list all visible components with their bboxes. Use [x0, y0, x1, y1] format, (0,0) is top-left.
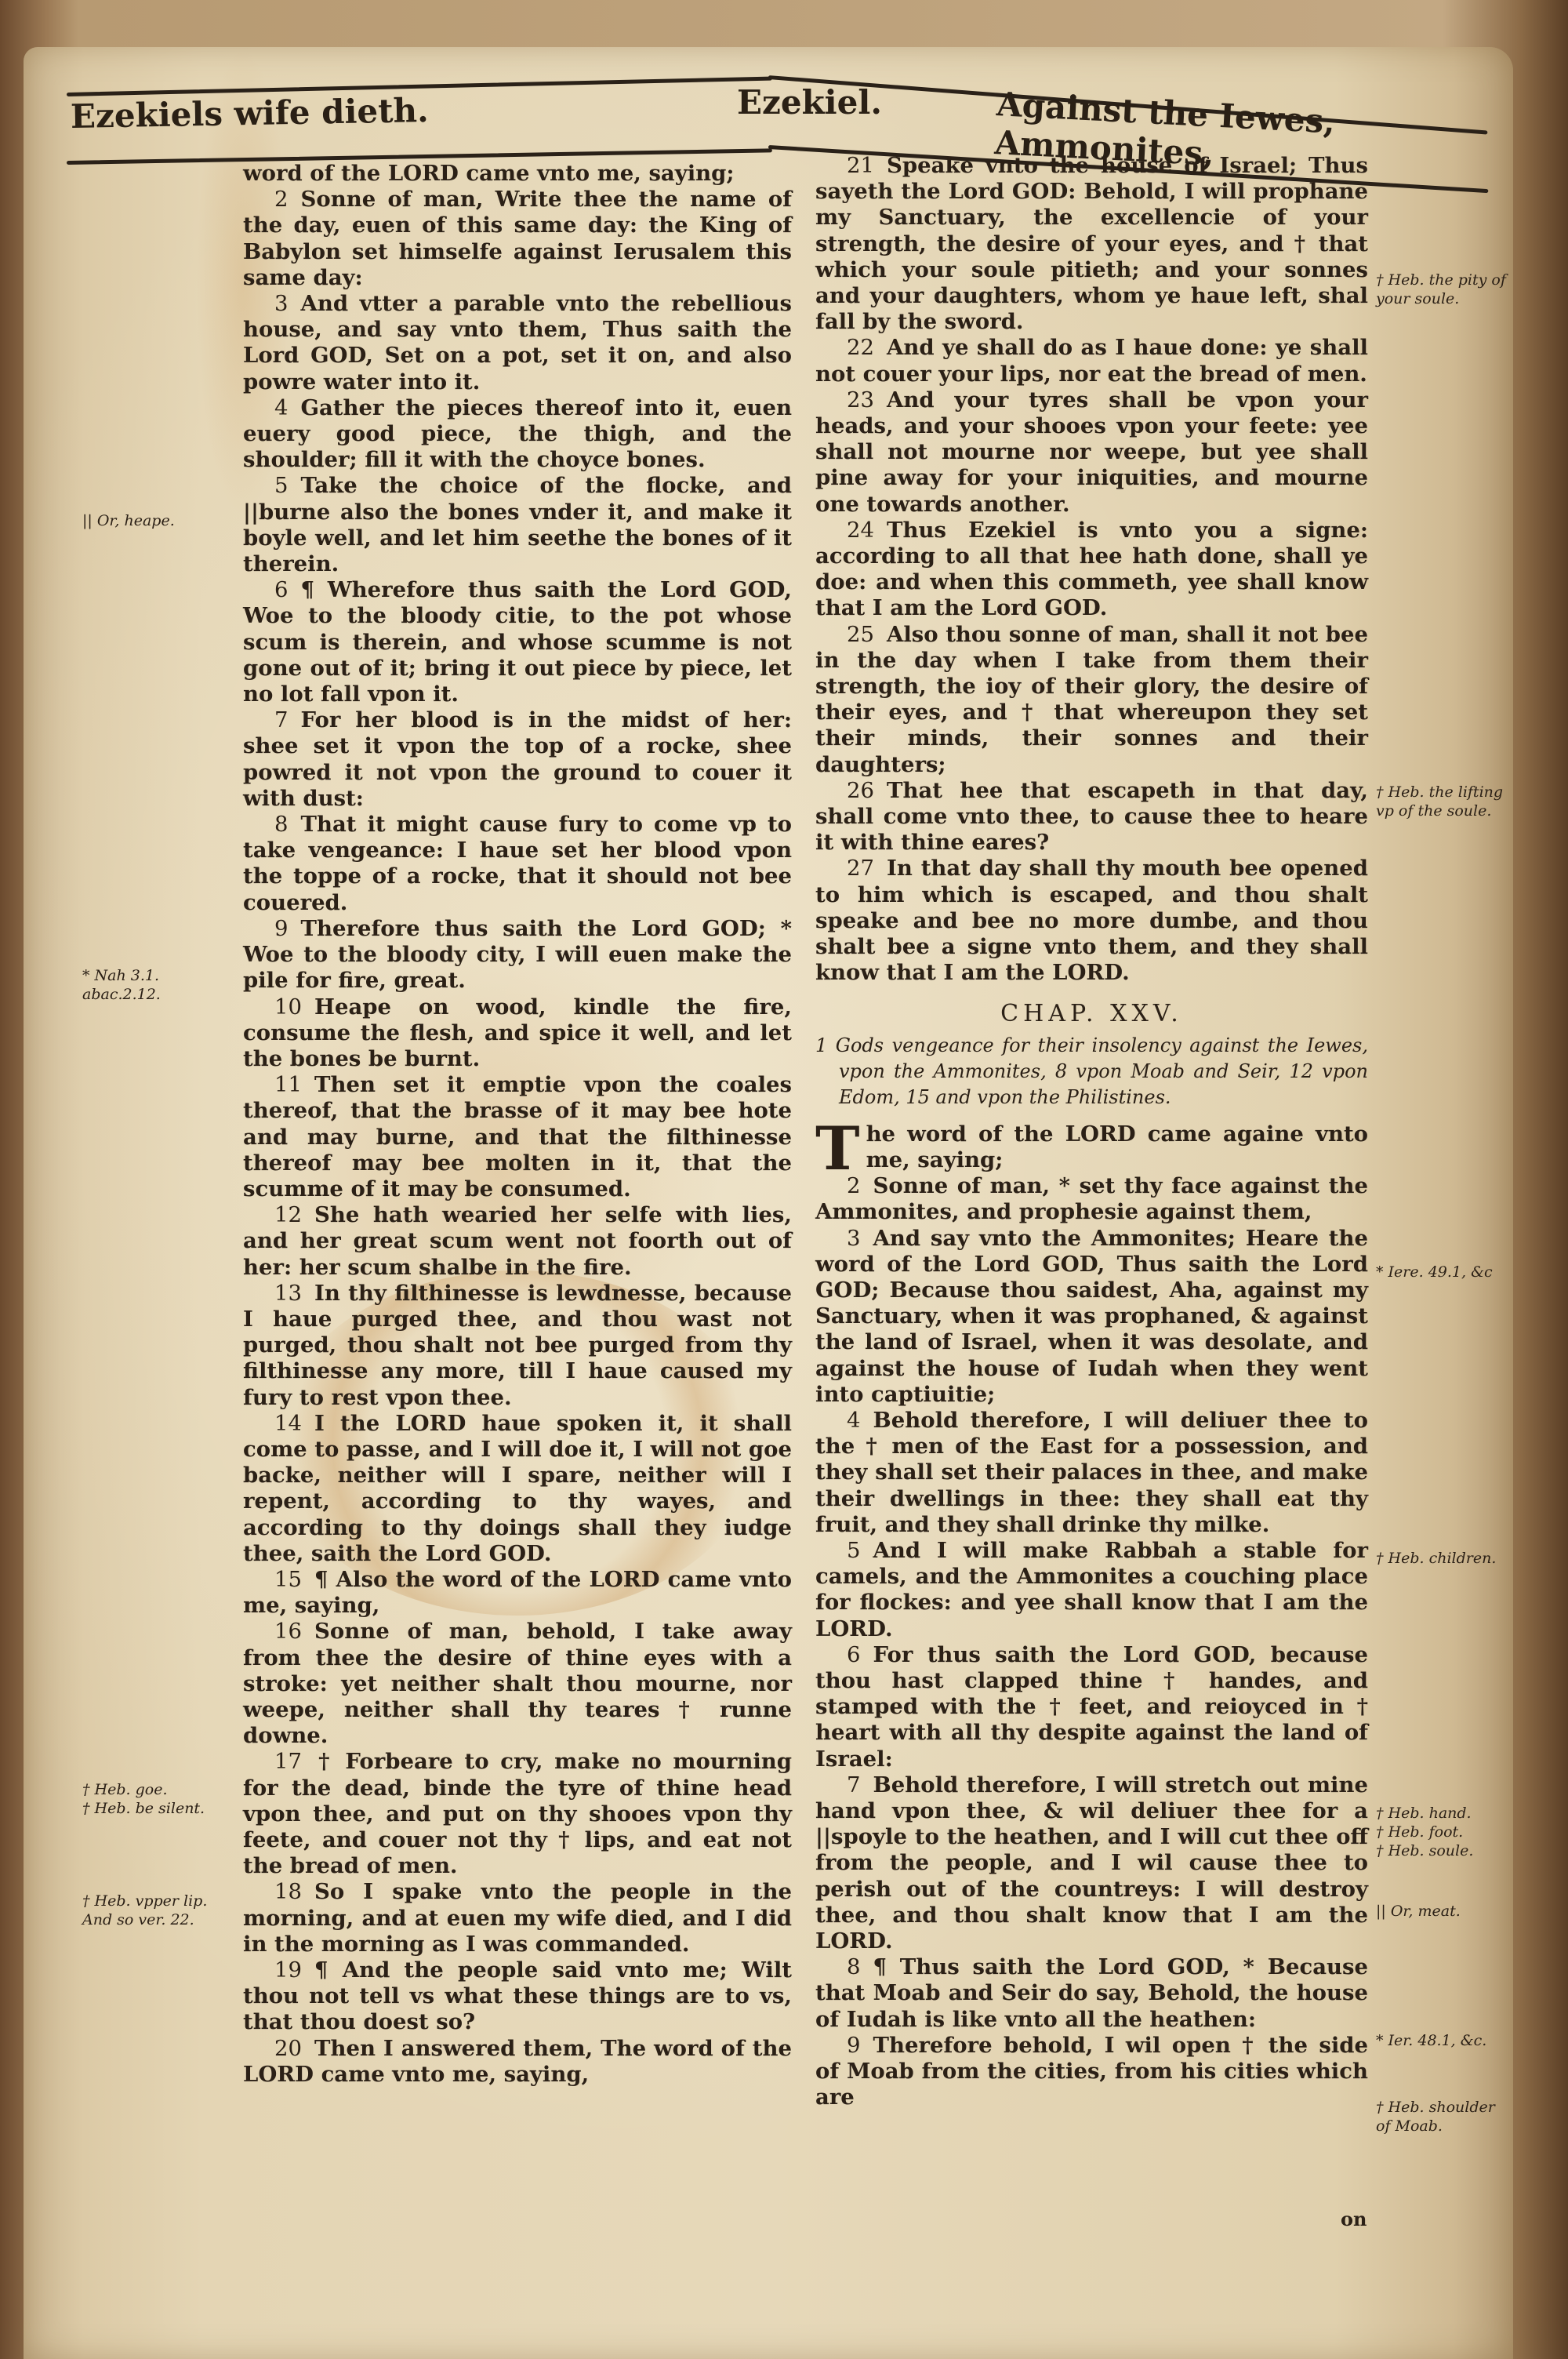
verse: 23And your tyres shall be vpon your head…	[815, 387, 1368, 518]
verse-text: Heape on wood, kindle the fire, consume …	[243, 994, 792, 1071]
verse: 10Heape on wood, kindle the fire, consum…	[243, 994, 792, 1073]
verse: 13In thy filthinesse is lewdnesse, becau…	[243, 1281, 792, 1411]
right-text-column: 21Speake vnto the house of Israel; Thus …	[815, 153, 1368, 2110]
chapter-summary: 1 Gods vengeance for their insolency aga…	[815, 1033, 1368, 1110]
verse: 25Also thou sonne of man, shall it not b…	[815, 622, 1368, 778]
verse: 22And ye shall do as I haue done: ye sha…	[815, 335, 1368, 387]
verse-number: 6	[847, 1642, 861, 1668]
margin-note: † Heb. shoulder of Moab.	[1376, 2098, 1495, 2135]
verse-number: 17	[274, 1749, 302, 1775]
verse-text: That it might cause fury to come vp to t…	[243, 812, 792, 915]
verse: 8¶ Thus saith the Lord GOD, * Because th…	[815, 1954, 1368, 2033]
margin-note: * Iere. 49.1, &c	[1376, 1263, 1493, 1281]
verse-number: 11	[274, 1072, 302, 1098]
verse-text: In thy filthinesse is lewdnesse, because…	[243, 1281, 792, 1410]
verse-number: 7	[847, 1772, 861, 1798]
verse: 14I the LORD haue spoken it, it shall co…	[243, 1411, 792, 1567]
margin-note: † Heb. the lifting vp of the soule.	[1376, 783, 1503, 820]
verses-chapter-24: 21Speake vnto the house of Israel; Thus …	[815, 153, 1368, 987]
verse: 27In that day shall thy mouth bee opened…	[815, 856, 1368, 986]
verse: 11Then set it emptie vpon the coales the…	[243, 1072, 792, 1202]
verse-number: 23	[847, 387, 874, 413]
verse-text: ¶ Thus saith the Lord GOD, * Because tha…	[815, 1954, 1368, 2031]
verse-number: 12	[274, 1202, 302, 1228]
verse-text: Then set it emptie vpon the coales there…	[243, 1072, 792, 1201]
verse-number: 5	[274, 473, 289, 499]
verse: 16Sonne of man, behold, I take away from…	[243, 1619, 792, 1749]
header-left-title: Ezekiels wife dieth.	[71, 91, 430, 136]
verse-number: 9	[847, 2033, 861, 2059]
verse: 4Behold therefore, I will deliuer thee t…	[815, 1408, 1368, 1538]
verse: 7Behold therefore, I will stretch out mi…	[815, 1772, 1368, 1954]
verse-text: word of the LORD came vnto me, saying;	[243, 161, 735, 186]
verse-text: I the LORD haue spoken it, it shall come…	[243, 1411, 792, 1566]
verse-text: Sonne of man, behold, I take away from t…	[243, 1619, 792, 1748]
verse-number: 18	[274, 1879, 302, 1905]
verse-number: 24	[847, 518, 874, 543]
verse-text: And vtter a parable vnto the rebellious …	[243, 291, 792, 394]
verse-number: 8	[847, 1954, 861, 1980]
chapter-opening-verse: The word of the LORD came againe vnto me…	[815, 1121, 1368, 1173]
verse: 3And vtter a parable vnto the rebellious…	[243, 291, 792, 395]
verse-text: Therefore thus saith the Lord GOD; * Woe…	[243, 916, 792, 993]
verse: 19¶ And the people said vnto me; Wilt th…	[243, 1957, 792, 2036]
left-text-column: word of the LORD came vnto me, saying;2S…	[243, 161, 792, 2088]
margin-note: * Nah 3.1. abac.2.12.	[82, 966, 161, 1004]
verse-number: 3	[274, 291, 289, 317]
header-book-name: Ezekiel.	[737, 83, 882, 122]
margin-note: † Heb. children.	[1376, 1549, 1496, 1568]
verse-number: 6	[274, 577, 289, 603]
chapter-title: CHAP. XXV.	[815, 1001, 1368, 1027]
verse-text: Therefore behold, I wil open † the side …	[815, 2033, 1368, 2110]
verse-text: † Forbeare to cry, make no mourning for …	[243, 1749, 792, 1878]
verse-number: 16	[274, 1619, 302, 1645]
verse-text: That hee that escapeth in that day, shal…	[815, 778, 1368, 855]
verse: 6For thus saith the Lord GOD, because th…	[815, 1642, 1368, 1772]
verse-number: 22	[847, 335, 874, 361]
verse-number: 4	[847, 1408, 861, 1434]
verse-text: Gather the pieces thereof into it, euen …	[243, 395, 792, 472]
verse-number: 25	[847, 622, 874, 648]
verse: 9Therefore thus saith the Lord GOD; * Wo…	[243, 916, 792, 994]
verse-text: And your tyres shall be vpon your heads,…	[815, 387, 1368, 517]
verses-chapter-25: 2Sonne of man, * set thy face against th…	[815, 1173, 1368, 2110]
verse-number: 2	[847, 1173, 861, 1199]
verse: 5Take the choice of the flocke, and ||bu…	[243, 473, 792, 577]
verse-text: Sonne of man, * set thy face against the…	[815, 1173, 1368, 1224]
verse: 20Then I answered them, The word of the …	[243, 2036, 792, 2088]
verse: 4Gather the pieces thereof into it, euen…	[243, 395, 792, 474]
running-header: Ezekiels wife dieth. Ezekiel. Against th…	[55, 78, 1482, 141]
verse-text: For her blood is in the midst of her: sh…	[243, 707, 792, 811]
verse-number: 10	[274, 994, 302, 1020]
margin-note: † Heb. hand. † Heb. foot. † Heb. soule.	[1376, 1804, 1473, 1860]
verse-text: ¶ Wherefore thus saith the Lord GOD, Woe…	[243, 577, 792, 707]
catchword: on	[1341, 2208, 1367, 2230]
margin-note: † Heb. vpper lip. And so ver. 22.	[82, 1892, 207, 1929]
verse: word of the LORD came vnto me, saying;	[243, 161, 792, 187]
verse-number: 8	[274, 812, 289, 838]
verse: 2Sonne of man, Write thee the name of th…	[243, 187, 792, 291]
verse: 7For her blood is in the midst of her: s…	[243, 707, 792, 812]
verse: 3And say vnto the Ammonites; Heare the w…	[815, 1226, 1368, 1408]
verse-text: Also thou sonne of man, shall it not bee…	[815, 622, 1368, 777]
verse-text: In that day shall thy mouth bee opened t…	[815, 856, 1368, 985]
verse-number: 27	[847, 856, 874, 881]
margin-note: † Heb. the pity of your soule.	[1376, 271, 1506, 308]
margin-note: || Or, heape.	[82, 511, 175, 530]
verse-text: Behold therefore, I will stretch out min…	[815, 1772, 1368, 1954]
verse-number: 4	[274, 395, 289, 421]
verse-text: Sonne of man, Write thee the name of the…	[243, 187, 792, 290]
verse: 6¶ Wherefore thus saith the Lord GOD, Wo…	[243, 577, 792, 707]
verse: 8That it might cause fury to come vp to …	[243, 812, 792, 916]
verse-number: 26	[847, 778, 874, 804]
verse-text: ¶ Also the word of the LORD came vnto me…	[243, 1567, 792, 1618]
verse-number: 2	[274, 187, 289, 213]
verse-number: 13	[274, 1281, 302, 1307]
verse: 12She hath wearied her selfe with lies, …	[243, 1202, 792, 1281]
verse-text: Take the choice of the flocke, and ||bur…	[243, 473, 792, 576]
verse-text: Speake vnto the house of Israel; Thus sa…	[815, 153, 1368, 334]
verse: 17† Forbeare to cry, make no mourning fo…	[243, 1749, 792, 1879]
verse: 24Thus Ezekiel is vnto you a signe: acco…	[815, 518, 1368, 622]
margin-note: * Ier. 48.1, &c.	[1376, 2031, 1486, 2050]
verse-number: 19	[274, 1957, 302, 1983]
verse-text: And I will make Rabbah a stable for came…	[815, 1538, 1368, 1641]
verse-text: And say vnto the Ammonites; Heare the wo…	[815, 1226, 1368, 1407]
margin-note: || Or, meat.	[1376, 1902, 1461, 1921]
verse-text: For thus saith the Lord GOD, because tho…	[815, 1642, 1368, 1772]
verse-number: 21	[847, 153, 874, 179]
verse-number: 14	[274, 1411, 302, 1437]
verse-number: 3	[847, 1226, 861, 1252]
verse-text: Thus Ezekiel is vnto you a signe: accord…	[815, 518, 1368, 621]
verse-number: 20	[274, 2036, 302, 2062]
verse: 21Speake vnto the house of Israel; Thus …	[815, 153, 1368, 335]
verse: 18So I spake vnto the people in the morn…	[243, 1879, 792, 1957]
verse-text: And ye shall do as I haue done: ye shall…	[815, 335, 1368, 386]
verse-number: 7	[274, 707, 289, 733]
verse: 2Sonne of man, * set thy face against th…	[815, 1173, 1368, 1225]
verse-number: 15	[274, 1567, 302, 1593]
verse-text: Behold therefore, I will deliuer thee to…	[815, 1408, 1368, 1537]
verse: 15¶ Also the word of the LORD came vnto …	[243, 1567, 792, 1619]
verse-text: ¶ And the people said vnto me; Wilt thou…	[243, 1957, 792, 2034]
verse-text: So I spake vnto the people in the mornin…	[243, 1879, 792, 1956]
margin-note: † Heb. goe. † Heb. be silent.	[82, 1780, 205, 1818]
verse: 9Therefore behold, I wil open † the side…	[815, 2033, 1368, 2111]
verse-text: She hath wearied her selfe with lies, an…	[243, 1202, 792, 1279]
verse: 5And I will make Rabbah a stable for cam…	[815, 1538, 1368, 1642]
verse-text: Then I answered them, The word of the LO…	[243, 2036, 792, 2087]
verse-number: 5	[847, 1538, 861, 1564]
verse: 26That hee that escapeth in that day, sh…	[815, 778, 1368, 856]
verse-number: 9	[274, 916, 289, 942]
